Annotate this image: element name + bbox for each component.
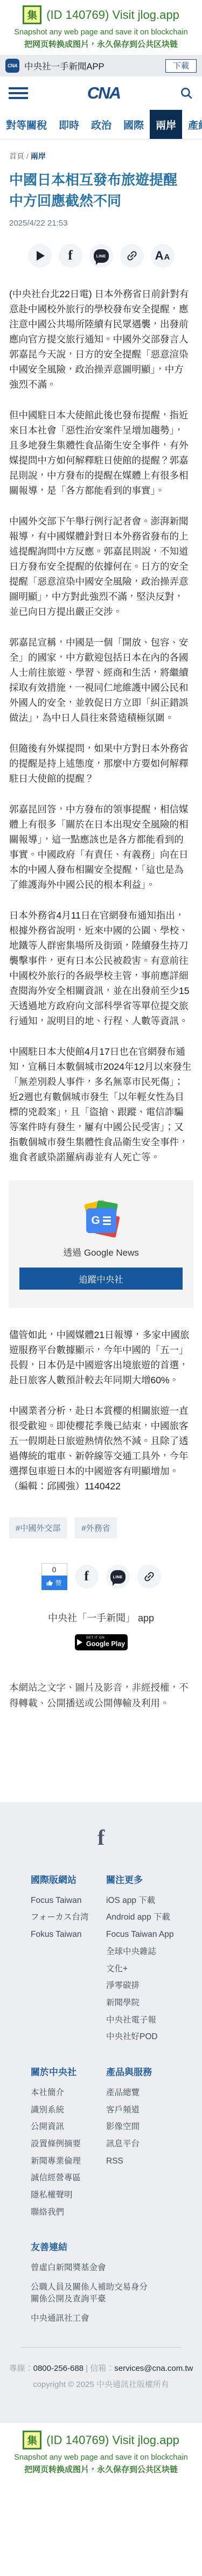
footer-contact: 專線：0800-256-688 | 信箱：services@cna.com.tw <box>0 2362 202 2374</box>
footer-section-about: 關於中央社 本社簡介 識別系統 公開資訊 設置條例摘要 新聞專業倫理 誠信經營專… <box>31 2064 106 2224</box>
footer-section-international: 國際版網站 Focus Taiwan フォーカス台湾 Fokus Taiwan <box>31 1872 106 2048</box>
footer-link[interactable]: 新聞專業倫理 <box>31 2155 106 2167</box>
nav-item-tariff[interactable]: 對等關稅 <box>0 110 53 139</box>
footer-section-products: 產品與服務 產品總覽 客戶頻道 影像空間 訊息平台 RSS <box>106 2064 202 2224</box>
article-body: (中央社台北22日電) 日本外務省日前針對有意赴中國校外旅行的學校發布安全提醒，… <box>9 286 193 1165</box>
footer-link[interactable]: 新聞學院 <box>106 1997 202 2009</box>
usage-notice: 本網站之文字、圖片及影音，非經授權，不得轉載、公開播送或公開傳輸及利用。 <box>9 1680 193 1712</box>
app-promo-text: 中央社「一手新聞」 app <box>0 1611 202 1625</box>
share-row-top: f LINE AA <box>0 244 202 268</box>
footer-section-follow-more: 關注更多 iOS app 下載 Android app 下載 Focus Tai… <box>106 1872 202 2048</box>
footer-link[interactable]: Android app 下載 <box>106 1912 202 1923</box>
footer-copyright: copyright © 2025 中央通訊社版權所有 <box>0 2378 202 2423</box>
facebook-icon: f <box>68 248 72 263</box>
promo-tagline-en: Snapshot any web page and save it on blo… <box>0 28 202 37</box>
footer-link[interactable]: 文化+ <box>106 1963 202 1975</box>
google-play-badge-bottom: Google Play <box>86 1641 125 1648</box>
line-icon: LINE <box>94 249 109 263</box>
jlog-logo-icon: 集 <box>23 2431 41 2449</box>
footer-section-title: 產品與服務 <box>106 2064 202 2078</box>
promo-tagline-zh: 把网页转换成图片，永久保存到公共区块链 <box>0 38 202 50</box>
footer-link[interactable]: RSS <box>106 2155 202 2167</box>
paragraph: 郭嘉昆回答，中方發布的領事提醒，相信媒體上有很多「關於在日本出現安全風險的相關報… <box>9 802 193 892</box>
article-title-line1: 中國日本相互發布旅遊提醒 <box>9 170 193 191</box>
link-icon <box>140 1567 158 1586</box>
footer-link[interactable]: 公職人員及關係人補助交易身分關係公開及查詢平臺 <box>31 2281 152 2306</box>
link-icon <box>123 247 141 265</box>
footer-link[interactable]: 中央通訊社工會 <box>31 2313 152 2325</box>
hashtag-row: #中國外交部 #外務省 <box>9 1517 193 1538</box>
nav-item-politics[interactable]: 政治 <box>85 110 117 139</box>
footer-link[interactable]: 聯絡我們 <box>31 2207 106 2218</box>
app-banner-title: 中央社一手新聞APP <box>24 59 161 72</box>
paragraph: 中國外交部下午舉行例行記者會。澎湃新聞報導，有中國媒體針對日本外務省發布的上述提… <box>9 514 193 619</box>
cna-logo[interactable]: CNA <box>87 83 120 103</box>
paragraph: 中國駐日本大使館4月17日也在官網發布通知，宣稱日本數個城市2024年12月以來… <box>9 1044 193 1165</box>
footer-divider <box>20 2347 182 2348</box>
jlog-logo-icon: 集 <box>23 5 41 24</box>
footer-section-title: 友善連結 <box>31 2239 152 2253</box>
footer-link[interactable]: 設置條例摘要 <box>31 2138 106 2150</box>
article-date: 2025/4/22 21:53 <box>9 219 193 228</box>
line-share-button[interactable]: LINE <box>106 1565 130 1588</box>
footer-link[interactable]: 淨零碳排 <box>106 1980 202 1992</box>
article-body-continued: 儘管如此，中國媒體21日報導，多家中國旅遊服務平台數據顯示，今年中國的「五一」長… <box>9 1327 193 1494</box>
email-address[interactable]: services@cna.com.tw <box>114 2364 193 2373</box>
footer-link[interactable]: Focus Taiwan <box>31 1895 106 1907</box>
google-play-icon <box>77 1639 82 1646</box>
footer-link[interactable]: フォーカス台湾 <box>31 1912 106 1923</box>
footer-link[interactable]: 影像空間 <box>106 2121 202 2133</box>
copy-link-button[interactable] <box>120 244 144 268</box>
footer-link[interactable]: 訊息平台 <box>106 2138 202 2150</box>
promo-link[interactable]: (ID 140769) Visit jlog.app <box>46 8 179 22</box>
footer-link[interactable]: Fokus Taiwan <box>31 1929 106 1941</box>
menu-icon[interactable] <box>9 85 28 102</box>
google-news-box: G 透過 Google News 追蹤中央社 <box>9 1180 193 1308</box>
like-button[interactable]: 赞 <box>41 1576 67 1590</box>
hotline-label: 專線： <box>9 2364 33 2373</box>
share-row-bottom: 0 赞 f LINE <box>0 1563 202 1590</box>
contact-separator: | <box>86 2364 88 2373</box>
paragraph: 但中國駐日本大使館此後也發布提醒，指近來日本社會「惡性治安案件呈增加趨勢」，且多… <box>9 408 193 498</box>
play-icon <box>37 251 45 261</box>
footer-link[interactable]: 中央社電子報 <box>106 2014 202 2026</box>
footer-link[interactable]: Focus Taiwan App <box>106 1929 202 1941</box>
nav-item-business[interactable]: 產經 <box>182 110 202 139</box>
search-icon[interactable] <box>179 86 193 100</box>
nav-item-crossstrait-active[interactable]: 兩岸 <box>150 110 182 139</box>
line-share-button[interactable]: LINE <box>89 244 113 268</box>
footer-link[interactable]: 誠信經營專區 <box>31 2172 106 2184</box>
footer-section-title: 關於中央社 <box>31 2064 106 2078</box>
facebook-icon: f <box>84 1569 88 1584</box>
thumb-up-icon <box>46 1580 53 1586</box>
breadcrumb-separator: / <box>26 152 29 160</box>
article-title-line2: 中方回應截然不同 <box>9 191 193 212</box>
google-news-caption: 透過 Google News <box>17 1245 185 1258</box>
nav-item-world[interactable]: 國際 <box>117 110 150 139</box>
footer-link[interactable]: 識別系統 <box>31 2104 106 2116</box>
page: 集 (ID 140769) Visit jlog.app Snapshot an… <box>0 0 202 2480</box>
line-icon: LINE <box>110 1570 126 1584</box>
facebook-share-button[interactable]: f <box>59 244 82 268</box>
promo-tagline-zh: 把网页转换成图片，永久保存到公共区块链 <box>0 2463 202 2475</box>
paragraph: 中國業者分析，赴日本賞櫻的相關旅遊一直很受歡迎。即使櫻花季幾已結束，中國旅客五一… <box>9 1403 193 1494</box>
footer-link[interactable]: 公開資訊 <box>31 2121 106 2133</box>
footer-link[interactable]: 本社簡介 <box>31 2087 106 2099</box>
nav-item-latest[interactable]: 即時 <box>53 110 85 139</box>
email-label: 信箱： <box>90 2364 114 2373</box>
category-nav: 對等關稅 即時 政治 國際 兩岸 產經 <box>0 110 202 139</box>
breadcrumb-home[interactable]: 首頁 <box>9 152 24 160</box>
footer-link[interactable]: 隱私權聲明 <box>31 2189 106 2201</box>
footer-link[interactable]: 產品總覽 <box>106 2087 202 2099</box>
download-button[interactable]: 下載 <box>165 59 197 73</box>
promo-banner-bottom: 集 (ID 140769) Visit jlog.app Snapshot an… <box>0 2423 202 2480</box>
google-play-badge-top: GET IT ON <box>86 1636 125 1640</box>
breadcrumb-category[interactable]: 兩岸 <box>31 152 46 160</box>
listen-play-button[interactable] <box>28 244 52 268</box>
footer: f 國際版網站 Focus Taiwan フォーカス台湾 Fokus Taiwa… <box>0 1802 202 2424</box>
facebook-share-button[interactable]: f <box>75 1565 99 1588</box>
hashtag-mofa-japan[interactable]: #外務省 <box>75 1517 116 1538</box>
font-size-icon: AA <box>155 250 170 262</box>
cna-app-icon: CNA <box>5 59 19 73</box>
like-count: 0 <box>41 1563 67 1576</box>
footer-link[interactable]: 客戶頻道 <box>106 2104 202 2116</box>
paragraph: 但隨後有外媒提問，如果中方對日本外務省的提醒是持上述態度，那麼中方要如何解釋駐日… <box>9 741 193 786</box>
footer-link[interactable]: 中央社好POD <box>106 2031 202 2043</box>
like-widget[interactable]: 0 赞 <box>41 1563 67 1590</box>
footer-link[interactable]: 曾虛白新聞獎基金會 <box>31 2262 152 2274</box>
site-header: CNA <box>0 76 202 110</box>
follow-cna-button[interactable]: 追蹤中央社 <box>19 1268 183 1290</box>
font-size-button[interactable]: AA <box>151 244 175 268</box>
hashtag-mofa-china[interactable]: #中國外交部 <box>9 1517 67 1538</box>
footer-section-title: 關注更多 <box>106 1872 202 1886</box>
google-play-badge[interactable]: GET IT ON Google Play <box>75 1634 128 1650</box>
google-news-icon: G <box>82 1202 120 1236</box>
paragraph: 儘管如此，中國媒體21日報導，多家中國旅遊服務平台數據顯示，今年中國的「五一」長… <box>9 1327 193 1388</box>
paragraph: (中央社台北22日電) 日本外務省日前針對有意赴中國校外旅行的學校發布安全提醒，… <box>9 286 193 392</box>
footer-link[interactable]: 全球中央雜誌 <box>106 1946 202 1958</box>
hotline-number[interactable]: 0800-256-688 <box>33 2364 83 2373</box>
promo-banner-top: 集 (ID 140769) Visit jlog.app Snapshot an… <box>0 0 202 55</box>
app-banner: CNA 中央社一手新聞APP 下載 <box>0 55 202 76</box>
footer-section-friendly-links: 友善連結 曾虛白新聞獎基金會 公職人員及關係人補助交易身分關係公開及查詢平臺 中… <box>0 2239 152 2325</box>
paragraph: 日本外務省4月11日在官網發布通知指出，根據外務省說明，近來中國的公園、學校、地… <box>9 908 193 1028</box>
copy-link-button[interactable] <box>137 1565 161 1588</box>
promo-link[interactable]: (ID 140769) Visit jlog.app <box>46 2433 179 2447</box>
promo-tagline-en: Snapshot any web page and save it on blo… <box>0 2453 202 2462</box>
breadcrumb: 首頁/兩岸 <box>9 151 193 162</box>
paragraph: 郭嘉昆宣稱，中國是一個「開放、包容、安全」的國家，中方歡迎包括日本在內的各國人士… <box>9 635 193 725</box>
footer-link[interactable]: iOS app 下載 <box>106 1895 202 1907</box>
article-title: 中國日本相互發布旅遊提醒 中方回應截然不同 <box>9 170 193 212</box>
footer-facebook-icon[interactable]: f <box>0 1827 202 1849</box>
footer-section-title: 國際版網站 <box>31 1872 106 1886</box>
